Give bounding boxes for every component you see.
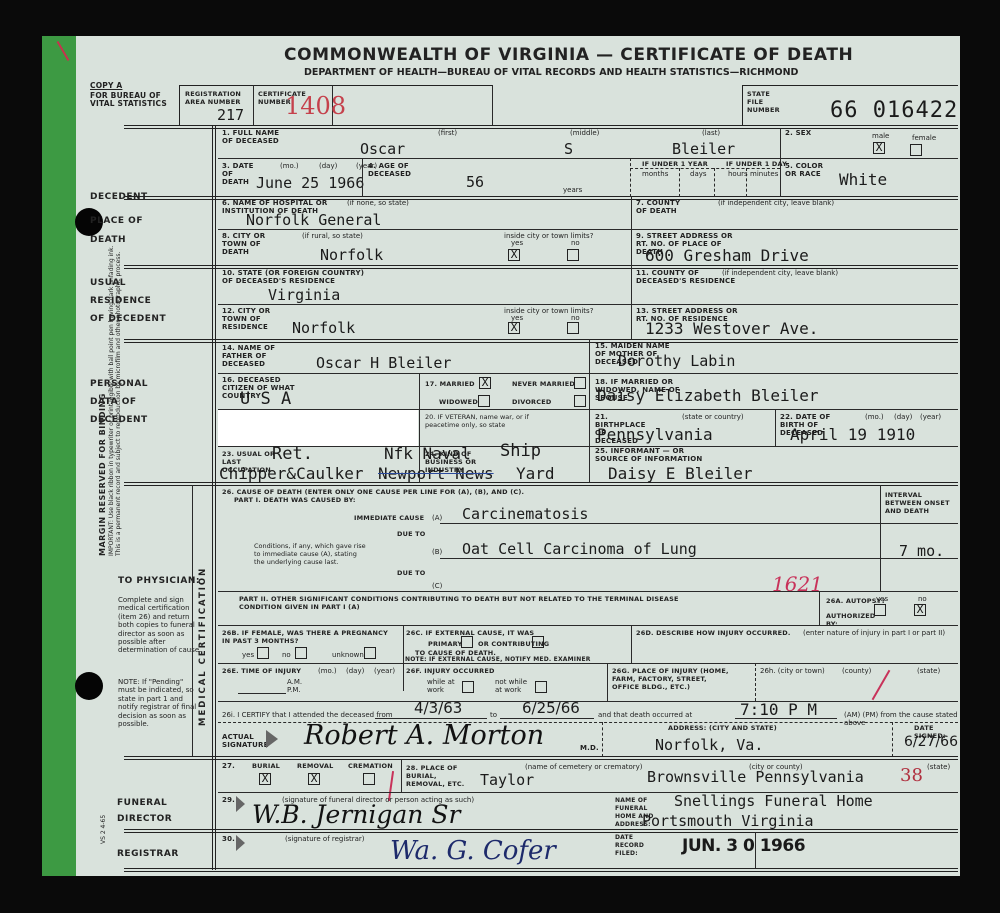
copy-label: COPY A — [90, 82, 122, 90]
city-of-death: Norfolk — [320, 246, 383, 264]
certificate-number: 1408 — [285, 92, 346, 120]
widowed-checkbox[interactable] — [478, 395, 490, 407]
divorced-checkbox[interactable] — [574, 395, 586, 407]
married-checkbox[interactable]: X — [479, 377, 491, 389]
place-of-death-address: 600 Gresham Drive — [645, 246, 809, 265]
form-code: VS 2 4-65 — [100, 815, 108, 844]
signature-arrow-icon — [236, 796, 245, 812]
date-of-death: June 25 1966 — [256, 174, 364, 192]
copy-for-label: FOR BUREAU OF VITAL STATISTICS — [90, 92, 172, 108]
cause-a: Carcinematosis — [462, 505, 588, 523]
date-of-birth: April 19 1910 — [790, 425, 915, 444]
first-name: Oscar — [360, 140, 405, 158]
attended-from: 4/3/63 — [414, 699, 462, 717]
cause-b: Oat Cell Carcinoma of Lung — [462, 540, 697, 558]
hospital-name: Norfolk General — [246, 211, 381, 229]
sex-male-checkbox[interactable]: X — [873, 142, 885, 154]
cemetery-name: Taylor — [480, 771, 534, 789]
business-line2: Yard — [516, 464, 555, 483]
birthplace: Pennsylvania — [597, 425, 713, 444]
death-inside-limits-yes-checkbox[interactable]: X — [508, 249, 520, 261]
code-annotation-38: 38 — [900, 765, 923, 786]
funeral-director-signature: W.B. Jernigan Sr — [252, 800, 460, 829]
autopsy-no-checkbox[interactable]: X — [914, 604, 926, 616]
physician-signature: Robert A. Morton — [304, 720, 544, 751]
removal-checkbox[interactable]: X — [308, 773, 320, 785]
state-of-residence: Virginia — [268, 286, 340, 304]
binding-strip — [42, 36, 76, 876]
business-struck: Newport News — [378, 464, 494, 483]
time-of-death: 7:10 P M — [740, 700, 817, 719]
occupation-line2: Chipper&Caulker — [219, 464, 364, 483]
residence-inside-limits-yes-checkbox[interactable]: X — [508, 322, 520, 334]
autopsy-yes-checkbox[interactable] — [874, 604, 886, 616]
sex-female-checkbox[interactable] — [910, 144, 922, 156]
spouse-name: Daisy Elizabeth Bleiler — [597, 386, 819, 405]
mother-maiden-name: Dorothy Labin — [618, 352, 735, 370]
registrar-signature: Wa. G. Cofer — [390, 836, 556, 866]
code-annotation-1621: 1621 — [772, 572, 823, 596]
pregnancy-unknown-checkbox[interactable] — [364, 647, 376, 659]
married-label: 17. MARRIED — [425, 380, 475, 388]
pregnancy-yes-checkbox[interactable] — [257, 647, 269, 659]
business-line1b: Ship — [500, 441, 541, 461]
certificate-subtitle: DEPARTMENT OF HEALTH—BUREAU OF VITAL REC… — [304, 67, 798, 78]
business-line1a: Nfk Naval — [384, 444, 471, 463]
middle-name: S — [564, 140, 573, 158]
redacted-field — [218, 410, 418, 446]
never-married-checkbox[interactable] — [574, 377, 586, 389]
informant: Daisy E Bleiler — [608, 464, 753, 483]
occupation-line1: Ret. — [272, 444, 313, 464]
external-contributing-checkbox[interactable] — [532, 636, 544, 648]
pregnancy-no-checkbox[interactable] — [295, 647, 307, 659]
residence-address: 1233 Westover Ave. — [645, 319, 818, 338]
medical-certification-label: MEDICAL CERTIFICATION — [198, 567, 208, 726]
punch-hole — [75, 672, 103, 700]
funeral-home-address: Portsmouth Virginia — [642, 812, 814, 830]
injury-at-work-checkbox[interactable] — [462, 681, 474, 693]
race: White — [839, 170, 887, 189]
death-certificate: MARGIN RESERVED FOR BINDING IMPORTANT: U… — [42, 36, 960, 876]
signature-arrow-icon — [266, 730, 278, 748]
burial-location: Brownsville Pennsylvania — [647, 768, 864, 786]
funeral-home-name: Snellings Funeral Home — [674, 792, 873, 810]
red-slash-mark — [872, 670, 891, 700]
death-inside-limits-no-checkbox[interactable] — [567, 249, 579, 261]
physician-address: Norfolk, Va. — [655, 736, 763, 754]
father-name: Oscar H Bleiler — [316, 354, 451, 372]
certificate-title: COMMONWEALTH OF VIRGINIA — CERTIFICATE O… — [284, 45, 853, 65]
date-signed: 6/27/66 — [904, 734, 958, 750]
last-name: Bleiler — [672, 140, 735, 158]
external-primary-checkbox[interactable] — [461, 636, 473, 648]
injury-not-at-work-checkbox[interactable] — [535, 681, 547, 693]
age-of-deceased: 56 — [466, 173, 484, 191]
residence-inside-limits-no-checkbox[interactable] — [567, 322, 579, 334]
citizenship: U S A — [240, 389, 291, 409]
city-of-residence: Norfolk — [292, 319, 355, 337]
registration-area-number: 217 — [217, 106, 244, 124]
signature-arrow-icon — [236, 835, 245, 851]
attended-to: 6/25/66 — [522, 699, 580, 717]
cremation-checkbox[interactable] — [363, 773, 375, 785]
state-file-number: 66 016422 — [830, 98, 958, 123]
date-filed-stamp: JUN. 3 0 1966 — [682, 836, 805, 856]
burial-checkbox[interactable]: X — [259, 773, 271, 785]
